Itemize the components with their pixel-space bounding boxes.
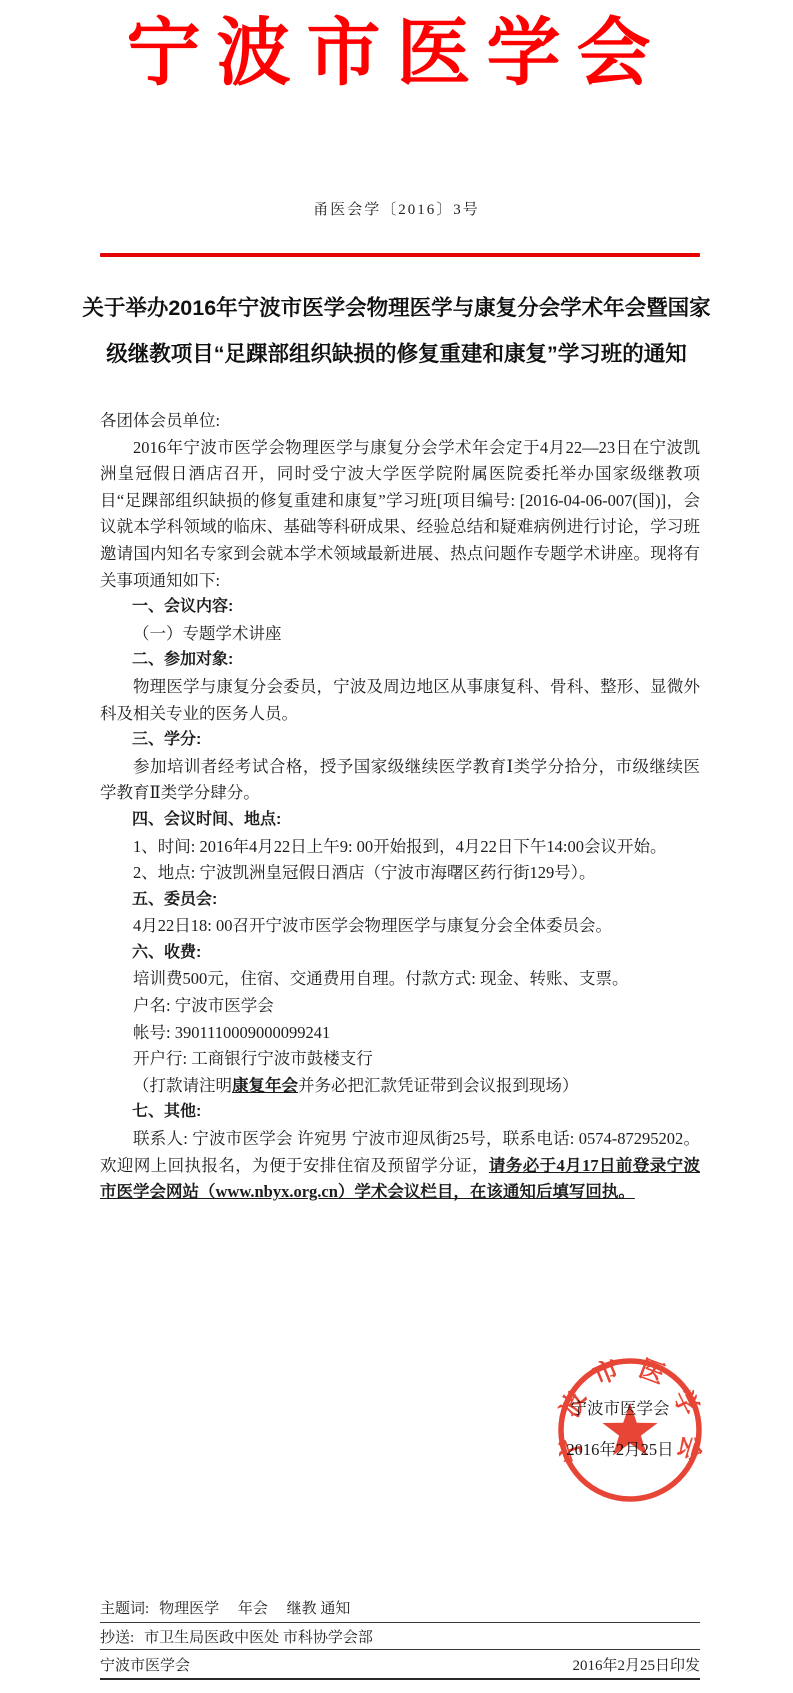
section-2-heading: 二、参加对象: <box>100 647 700 674</box>
account-number: 帐号: 3901110009000099241 <box>100 1020 700 1047</box>
keywords-label: 主题词: <box>100 1597 149 1618</box>
org-title: 宁波市医学会 <box>0 14 793 95</box>
footer-cc-row: 抄送: 市卫生局医政中医处 市科协学会部 <box>100 1623 700 1650</box>
contact-paragraph: 联系人: 宁波市医学会 许宛男 宁波市迎凤街25号，联系电话: 0574-872… <box>100 1126 700 1206</box>
footer-keywords-row: 主题词: 物理医学 年会 继教 通知 <box>100 1593 700 1623</box>
section-7-heading: 七、其他: <box>100 1099 700 1126</box>
section-6-text: 培训费500元，住宿、交通费用自理。付款方式: 现金、转账、支票。 <box>100 966 700 993</box>
cc-label: 抄送: <box>100 1626 134 1647</box>
section-1-heading: 一、会议内容: <box>100 594 700 621</box>
section-2-text: 物理医学与康复分会委员，宁波及周边地区从事康复科、骨科、整形、显微外科及相关专业… <box>100 674 700 727</box>
section-5-text: 4月22日18: 00召开宁波市医学会物理医学与康复分会全体委员会。 <box>100 913 700 940</box>
remit-note-prefix: （打款请注明 <box>133 1076 232 1095</box>
document-title-line1: 关于举办2016年宁波市医学会物理医学与康复分会学术年会暨国家 <box>50 285 743 331</box>
signature-org: 宁波市医学会 <box>540 1395 700 1419</box>
document-title: 关于举办2016年宁波市医学会物理医学与康复分会学术年会暨国家 级继教项目“足踝… <box>50 285 743 377</box>
section-6-heading: 六、收费: <box>100 940 700 967</box>
bank-branch: 开户行: 工商银行宁波市鼓楼支行 <box>100 1046 700 1073</box>
remit-note: （打款请注明康复年会并务必把汇款凭证带到会议报到现场） <box>100 1073 700 1100</box>
intro-paragraph: 2016年宁波市医学会物理医学与康复分会学术年会定于4月22—23日在宁波凯洲皇… <box>100 435 700 595</box>
document-page: 宁波市医学会 甬医会学〔2016〕3号 关于举办2016年宁波市医学会物理医学与… <box>0 0 793 1693</box>
section-4-item-time: 1、时间: 2016年4月22日上午9: 00开始报到，4月22日下午14:00… <box>100 834 700 861</box>
signature-date: 2016年2月25日 <box>540 1436 700 1460</box>
document-footer: 主题词: 物理医学 年会 继教 通知 抄送: 市卫生局医政中医处 市科协学会部 … <box>100 1593 700 1680</box>
footer-print-date: 2016年2月25日印发 <box>572 1654 700 1675</box>
remit-note-emphasis: 康复年会 <box>232 1076 298 1095</box>
section-3-heading: 三、学分: <box>100 727 700 754</box>
seal-ring <box>561 1361 699 1499</box>
salutation: 各团体会员单位: <box>100 408 700 435</box>
document-title-line2: 级继教项目“足踝部组织缺损的修复重建和康复”学习班的通知 <box>50 331 743 377</box>
cc-value: 市卫生局医政中医处 市科协学会部 <box>144 1626 373 1647</box>
footer-issuer: 宁波市医学会 <box>100 1654 190 1675</box>
red-divider-line <box>100 253 700 257</box>
section-3-text: 参加培训者经考试合格，授予国家级继续医学教育Ⅰ类学分拾分，市级继续医学教育Ⅱ类学… <box>100 754 700 807</box>
keywords-value: 物理医学 年会 继教 通知 <box>159 1597 350 1618</box>
section-1-item: （一）专题学术讲座 <box>100 621 700 648</box>
remit-note-suffix: 并务必把汇款凭证带到会议报到现场） <box>298 1076 579 1095</box>
official-seal: 宁波市医学会 <box>554 1354 706 1506</box>
section-5-heading: 五、委员会: <box>100 887 700 914</box>
section-4-heading: 四、会议时间、地点: <box>100 807 700 834</box>
account-name: 户名: 宁波市医学会 <box>100 993 700 1020</box>
document-body: 各团体会员单位: 2016年宁波市医学会物理医学与康复分会学术年会定于4月22—… <box>100 408 700 1206</box>
section-4-item-place: 2、地点: 宁波凯洲皇冠假日酒店（宁波市海曙区药行街129号）。 <box>100 860 700 887</box>
footer-issue-row: 宁波市医学会 2016年2月25日印发 <box>100 1650 700 1680</box>
doc-number: 甬医会学〔2016〕3号 <box>0 198 793 219</box>
